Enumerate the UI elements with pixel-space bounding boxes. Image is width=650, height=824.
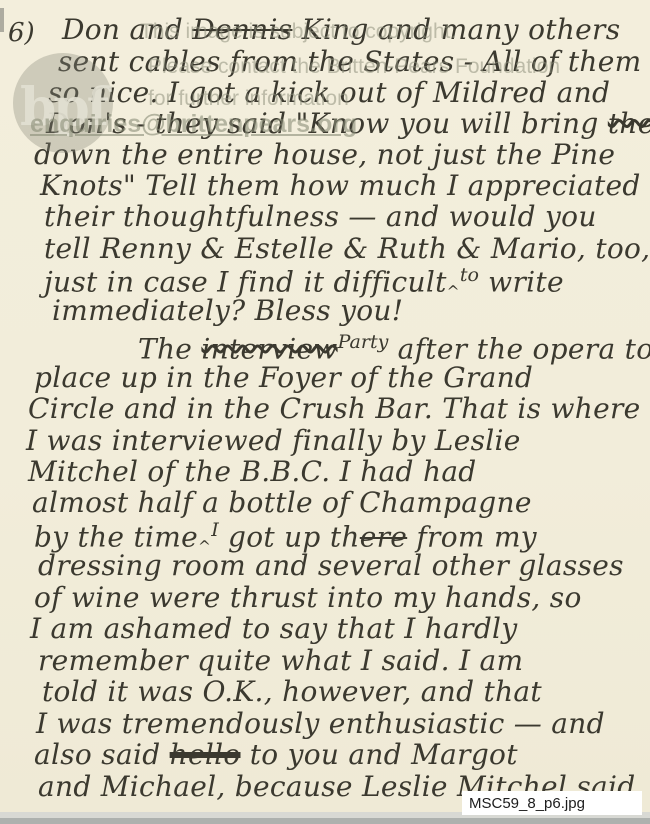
- page-number: 6): [8, 18, 35, 48]
- handwritten-line: The interviewParty after the opera took: [138, 333, 650, 363]
- handwritten-segment: Knots" Tell them how much I appreciated: [40, 169, 641, 202]
- handwritten-segment: tell Renny & Estelle & Ruth & Mario, too…: [44, 232, 650, 265]
- handwritten-segment-blot: hello: [170, 738, 241, 771]
- watermark-email: enquiries@brittenpears.org: [30, 110, 357, 139]
- handwritten-line: Mitchel of the B.B.C. I had had: [28, 458, 477, 486]
- watermark-copyright-line: This image is subject to copyright.: [140, 20, 456, 44]
- handwritten-line: almost half a bottle of Champagne: [32, 489, 532, 517]
- watermark-contact-line: Please contact the Britten-Pears Foundat…: [148, 55, 560, 79]
- filename-text: MSC59_8_p6.jpg: [469, 795, 585, 812]
- handwritten-segment: told it was O.K., however, and that: [42, 675, 542, 708]
- handwritten-line: Knots" Tell them how much I appreciated: [40, 172, 641, 200]
- handwritten-segment: I was interviewed finally by Leslie: [26, 424, 521, 457]
- handwritten-segment-ins: Party: [338, 331, 389, 353]
- handwritten-segment: down the entire house, not just the Pine: [34, 138, 615, 171]
- handwritten-segment: write: [479, 265, 564, 298]
- handwritten-segment: of wine were thrust into my hands, so: [34, 581, 582, 614]
- watermark-info-line: for further information: [148, 87, 349, 111]
- filename-label: MSC59_8_p6.jpg: [462, 791, 642, 815]
- handwritten-segment: immediately? Bless you!: [52, 294, 403, 327]
- handwritten-segment: to you and Margot: [241, 738, 518, 771]
- handwritten-line: tell Renny & Estelle & Ruth & Mario, too…: [44, 235, 650, 263]
- handwritten-line: I am ashamed to say that I hardly: [30, 615, 517, 643]
- handwritten-segment: dressing room and several other glasses: [38, 549, 624, 582]
- handwritten-line: down the entire house, not just the Pine: [34, 141, 615, 169]
- handwritten-segment-caret: ^: [447, 283, 460, 301]
- handwritten-line: remember quite what I said. I am: [38, 647, 523, 675]
- handwritten-segment: almost half a bottle of Champagne: [32, 486, 532, 519]
- handwritten-line: their thoughtfulness — and would you: [44, 203, 597, 231]
- handwritten-segment: also said: [34, 738, 170, 771]
- handwritten-line: dressing room and several other glasses: [38, 552, 624, 580]
- handwritten-line: of wine were thrust into my hands, so: [34, 584, 582, 612]
- handwritten-segment: Mitchel of the B.B.C. I had had: [28, 455, 477, 488]
- handwritten-line: immediately? Bless you!: [52, 297, 403, 325]
- handwritten-segment: remember quite what I said. I am: [38, 644, 523, 677]
- handwritten-segment-scribble: the: [608, 107, 650, 140]
- handwritten-segment: I am ashamed to say that I hardly: [30, 612, 517, 645]
- handwritten-segment-ins: to: [460, 264, 479, 286]
- handwritten-line: I was interviewed finally by Leslie: [26, 427, 521, 455]
- handwritten-line: I was tremendously enthusiastic — and: [36, 710, 605, 738]
- handwritten-line: place up in the Foyer of the Grand: [34, 364, 533, 392]
- handwritten-segment: their thoughtfulness — and would you: [44, 200, 597, 233]
- handwritten-line: also said hello to you and Margot: [34, 741, 518, 769]
- handwritten-segment: I was tremendously enthusiastic — and: [36, 707, 605, 740]
- handwritten-segment-ins: I: [211, 519, 219, 541]
- handwritten-line: told it was O.K., however, and that: [42, 678, 542, 706]
- scan-background-strip-dark: [0, 818, 650, 824]
- handwritten-segment: place up in the Foyer of the Grand: [34, 361, 533, 394]
- handwritten-segment: Circle and in the Crush Bar. That is whe…: [28, 392, 641, 425]
- handwritten-line: Circle and in the Crush Bar. That is whe…: [28, 395, 641, 423]
